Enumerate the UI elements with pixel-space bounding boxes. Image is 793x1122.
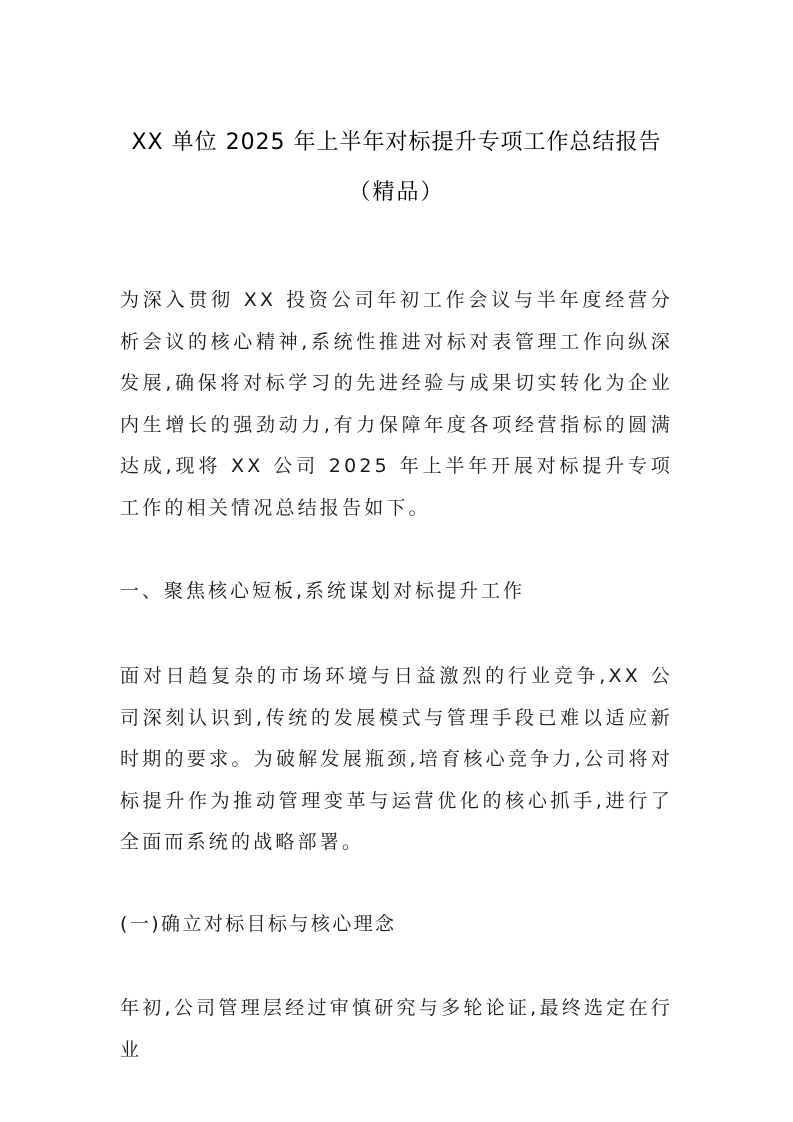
subsection-heading: (一)确立对标目标与核心理念 — [120, 904, 673, 946]
intro-paragraph: 为深入贯彻 XX 投资公司年初工作会议与半年度经营分析会议的核心精神,系统性推进… — [120, 280, 673, 529]
document-subtitle: （精品） — [0, 176, 793, 210]
subsection-paragraph: 年初,公司管理层经过审慎研究与多轮论证,最终选定在行业 — [120, 988, 673, 1071]
document-title: XX 单位 2025 年上半年对标提升专项工作总结报告 — [0, 126, 793, 160]
document-page: XX 单位 2025 年上半年对标提升专项工作总结报告 （精品） 为深入贯彻 X… — [0, 0, 793, 1122]
section-paragraph: 面对日趋复杂的市场环境与日益激烈的行业竞争,XX 公司深刻认识到,传统的发展模式… — [120, 656, 673, 864]
section-heading: 一、聚焦核心短板,系统谋划对标提升工作 — [120, 571, 673, 613]
